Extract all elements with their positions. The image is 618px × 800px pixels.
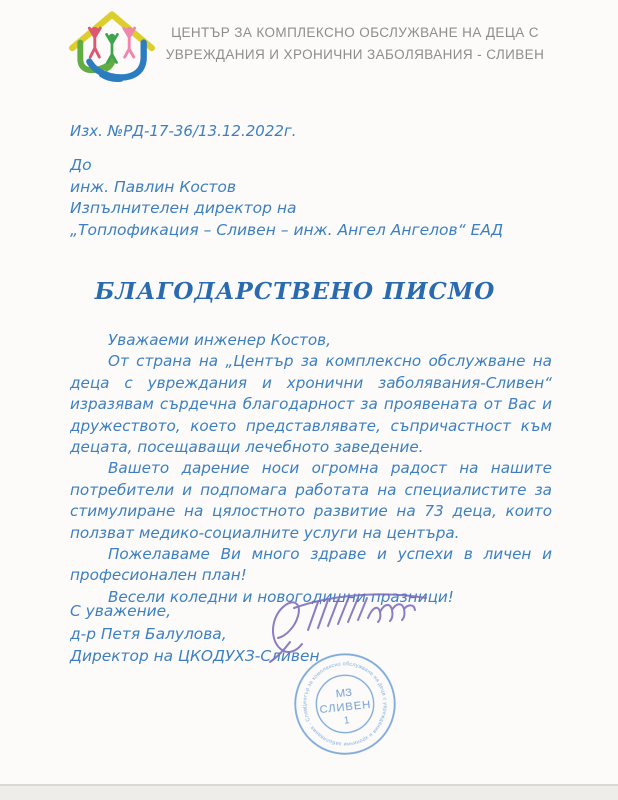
stamp-center-line3: 1 <box>344 715 351 727</box>
org-name: ЦЕНТЪР ЗА КОМПЛЕКСНО ОБСЛУЖВАНЕ НА ДЕЦА … <box>148 22 562 66</box>
page-edge-shadow <box>0 786 618 800</box>
addressee-line-to: До <box>70 155 503 177</box>
addressee-block: До инж. Павлин Костов Изпълнителен дирек… <box>70 155 503 241</box>
paragraph-1: От страна на „Център за комплексно обслу… <box>70 351 552 458</box>
stamp-center-text: МЗ СЛИВЕН 1 <box>317 685 373 729</box>
round-official-stamp: Център за комплексно обслужване на деца … <box>280 639 410 769</box>
addressee-line-name: инж. Павлин Костов <box>70 177 503 199</box>
logo-child-pink <box>124 27 135 57</box>
addressee-line-position: Изпълнителен директор на <box>70 198 503 220</box>
salutation: Уважаеми инженер Костов, <box>70 330 552 351</box>
house-with-children-logo <box>66 10 158 96</box>
paragraph-2: Вашето дарение носи огромна радост на на… <box>70 458 552 544</box>
letterhead: ЦЕНТЪР ЗА КОМПЛЕКСНО ОБСЛУЖВАНЕ НА ДЕЦА … <box>0 0 618 100</box>
org-name-line2: УВРЕЖДАНИЯ И ХРОНИЧНИ ЗАБОЛЯВАНИЯ - СЛИВ… <box>148 44 562 66</box>
ref-number: Изх. №РД-17-36/13.12.2022г. <box>70 122 297 140</box>
paragraph-3: Пожелаваме Ви много здраве и успехи в ли… <box>70 544 552 587</box>
stamp-center-line2: СЛИВЕН <box>319 699 372 716</box>
letter-title: БЛАГОДАРСТВЕНО ПИСМО <box>0 278 590 305</box>
logo-child-red <box>89 27 100 57</box>
letter-body: Уважаеми инженер Костов, От страна на „Ц… <box>70 330 552 608</box>
org-name-line1: ЦЕНТЪР ЗА КОМПЛЕКСНО ОБСЛУЖВАНЕ НА ДЕЦА … <box>148 22 562 44</box>
addressee-line-company: „Топлофикация – Сливен – инж. Ангел Анге… <box>70 220 503 242</box>
scanned-letter-page: ЦЕНТЪР ЗА КОМПЛЕКСНО ОБСЛУЖВАНЕ НА ДЕЦА … <box>0 0 618 800</box>
stamp-center-line1: МЗ <box>335 687 353 701</box>
